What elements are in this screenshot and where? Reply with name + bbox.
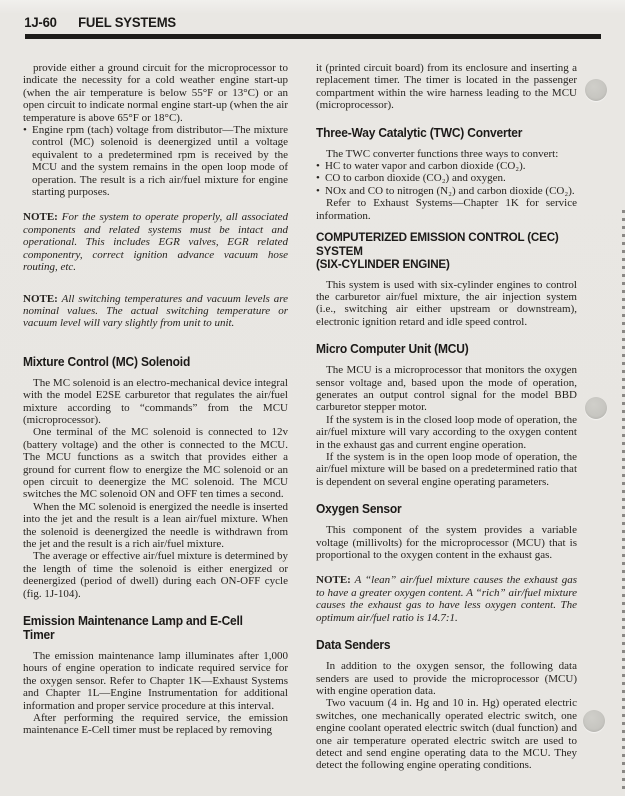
manual-page: 1J-60FUEL SYSTEMS provide either a groun… bbox=[0, 0, 625, 796]
paragraph: After performing the required service, t… bbox=[23, 712, 288, 737]
paragraph: The average or effective air/fuel mixtur… bbox=[23, 550, 288, 600]
section-heading-mcu: Micro Computer Unit (MCU) bbox=[316, 342, 567, 356]
page-header: 1J-60FUEL SYSTEMS bbox=[0, 0, 606, 30]
note-label: NOTE: bbox=[316, 574, 351, 586]
continuation-paragraph: it (printed circuit board) from its encl… bbox=[316, 62, 577, 112]
page-number: 1J-60 bbox=[24, 15, 57, 30]
continuation-paragraph: provide either a ground circuit for the … bbox=[23, 62, 288, 124]
note-text: A “lean” air/fuel mixture causes the exh… bbox=[316, 574, 577, 623]
heading-line: COMPUTERIZED EMISSION CONTROL (CEC) SYST… bbox=[316, 230, 559, 258]
binder-hole bbox=[585, 79, 607, 101]
paragraph: One terminal of the MC solenoid is conne… bbox=[23, 426, 288, 500]
list-item: CO to carbon dioxide (CO₂) and oxygen. bbox=[316, 172, 577, 184]
paragraph: This component of the system provides a … bbox=[316, 524, 577, 561]
list-item: HC to water vapor and carbon dioxide (CO… bbox=[316, 160, 577, 172]
note-paragraph: NOTE: For the system to operate properly… bbox=[23, 211, 288, 273]
paragraph: If the system is in the closed loop mode… bbox=[316, 414, 577, 451]
paragraph: When the MC solenoid is energized the ne… bbox=[23, 501, 288, 551]
binder-hole bbox=[585, 397, 607, 419]
section-heading-oxygen-sensor: Oxygen Sensor bbox=[316, 502, 567, 516]
section-heading-twc-converter: Three-Way Catalytic (TWC) Converter bbox=[316, 126, 567, 140]
left-column: provide either a ground circuit for the … bbox=[23, 62, 288, 772]
paragraph: If the system is in the open loop mode o… bbox=[316, 451, 577, 488]
paragraph: The TWC converter functions three ways t… bbox=[316, 148, 577, 160]
paragraph: This system is used with six-cylinder en… bbox=[316, 279, 577, 329]
note-paragraph: NOTE: All switching temperatures and vac… bbox=[23, 293, 288, 330]
paragraph: The MCU is a microprocessor that monitor… bbox=[316, 364, 577, 414]
section-heading-mc-solenoid: Mixture Control (MC) Solenoid bbox=[23, 355, 277, 369]
note-label: NOTE: bbox=[23, 293, 58, 305]
section-heading-cec-system: COMPUTERIZED EMISSION CONTROL (CEC) SYST… bbox=[316, 231, 569, 272]
paragraph: Refer to Exhaust Systems—Chapter 1K for … bbox=[316, 197, 577, 222]
note-text: For the system to operate properly, all … bbox=[23, 211, 288, 273]
paragraph: The MC solenoid is an electro-mechanical… bbox=[23, 377, 288, 427]
chapter-title: FUEL SYSTEMS bbox=[78, 15, 176, 30]
list-item: Engine rpm (tach) voltage from distribut… bbox=[23, 124, 288, 198]
section-heading-emission-lamp: Emission Maintenance Lamp and E-Cell Tim… bbox=[23, 614, 277, 642]
twc-conversion-list: HC to water vapor and carbon dioxide (CO… bbox=[316, 160, 577, 197]
paragraph: The emission maintenance lamp illuminate… bbox=[23, 650, 288, 712]
right-column: it (printed circuit board) from its encl… bbox=[316, 62, 577, 772]
note-paragraph: NOTE: A “lean” air/fuel mixture causes t… bbox=[316, 574, 577, 624]
heading-line: (SIX-CYLINDER ENGINE) bbox=[316, 257, 450, 271]
two-column-body: provide either a ground circuit for the … bbox=[0, 39, 625, 772]
list-item: NOx and CO to nitrogen (N₂) and carbon d… bbox=[316, 185, 577, 197]
note-label: NOTE: bbox=[23, 211, 58, 223]
section-heading-data-senders: Data Senders bbox=[316, 638, 567, 652]
binder-hole bbox=[583, 710, 605, 732]
paragraph: In addition to the oxygen sensor, the fo… bbox=[316, 660, 577, 697]
note-text: All switching temperatures and vacuum le… bbox=[23, 293, 288, 330]
paragraph: Two vacuum (4 in. Hg and 10 in. Hg) oper… bbox=[316, 697, 577, 771]
